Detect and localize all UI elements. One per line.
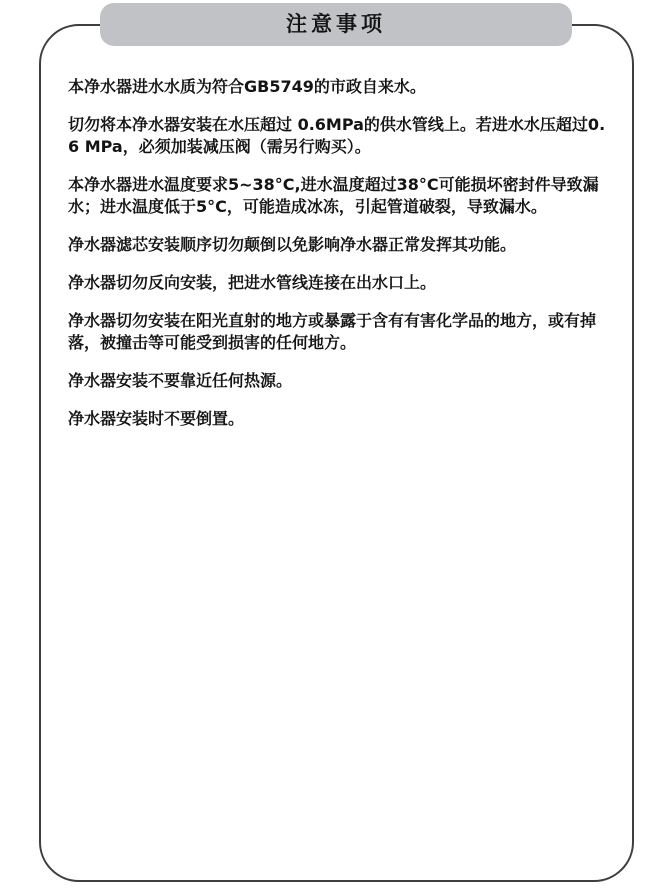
notice-paragraph-upside-down: 净水器安装时不要倒置。 [68,408,614,430]
notice-paragraph-water-temperature: 本净水器进水温度要求5~38°C,进水温度超过38°C可能损坏密封件导致漏水；进… [68,174,614,218]
notice-paragraph-water-pressure: 切勿将本净水器安装在水压超过 0.6MPa的供水管线上。若进水水压超过0.6 M… [68,114,614,158]
notice-paragraph-sunlight-chemicals: 净水器切勿安装在阳光直射的地方或暴露于含有有害化学品的地方，或有掉落，被撞击等可… [68,310,614,354]
notice-paragraph-heat-source: 净水器安装不要靠近任何热源。 [68,370,614,392]
notice-paragraph-filter-order: 净水器滤芯安装顺序切勿颠倒以免影响净水器正常发挥其功能。 [68,234,614,256]
title-banner: 注意事项 [100,3,572,46]
notice-paragraph-water-quality: 本净水器进水水质为符合GB5749的市政自来水。 [68,76,614,98]
notice-paragraph-reverse-install: 净水器切勿反向安装，把进水管线连接在出水口上。 [68,272,614,294]
notice-content: 本净水器进水水质为符合GB5749的市政自来水。 切勿将本净水器安装在水压超过 … [68,76,614,446]
manual-page: 注意事项 本净水器进水水质为符合GB5749的市政自来水。 切勿将本净水器安装在… [0,0,671,889]
page-title: 注意事项 [286,14,386,35]
